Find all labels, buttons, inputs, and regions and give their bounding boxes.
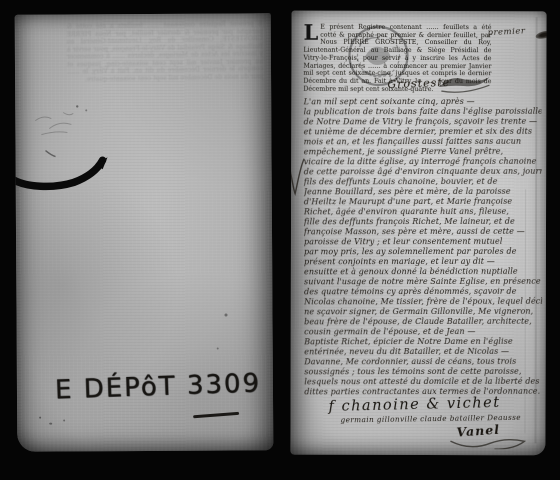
archival-reference-underline bbox=[193, 412, 239, 418]
archival-reference-inscription: E DÉPôT 3309 bbox=[54, 368, 265, 405]
handwriting-line: ne sçavoir signer, de Germain Gillonvill… bbox=[304, 307, 542, 318]
signature-chanoine-vichet: f chanoine & vichet bbox=[328, 395, 500, 415]
signature-swash bbox=[448, 429, 526, 449]
left-page: E présent Registre contenant …… feuillet… bbox=[15, 13, 274, 452]
handwriting-line: Richet, âgée d'environ quarante huit ans… bbox=[304, 207, 542, 218]
paraph-flourish bbox=[437, 73, 493, 95]
handwriting-line: empêchement, je soussigné Pierre Vanel p… bbox=[304, 147, 542, 158]
handwriting-line: de cette paroisse âgé d'environ cinquant… bbox=[304, 167, 542, 178]
handwriting-line: et unième de décembre dernier, premier e… bbox=[304, 127, 542, 138]
handwriting-line: suivant l'usage de notre mère Sainte Égl… bbox=[304, 277, 542, 288]
handwriting-line: vicaire de la ditte église, ay interrogé… bbox=[304, 157, 542, 168]
handwriting-line: beau frère de l'épouse, de Claude Batail… bbox=[304, 317, 542, 328]
handwriting-line: Jeanne Bouillard, ses père et mère, de l… bbox=[304, 187, 542, 198]
handwriting-line: soussignés ; tous les témoins sont de ce… bbox=[304, 367, 542, 378]
handwriting-line: fille des deffunts françois Richet, Me l… bbox=[304, 217, 542, 228]
right-page: LE présent Registre contenant …… feuille… bbox=[290, 11, 546, 456]
drop-cap: L bbox=[304, 24, 321, 41]
handwriting-line: de Notre Dame de Vitry le françois, sçav… bbox=[304, 117, 542, 128]
handwriting-line: entérinée, neveu du dit Batailler, et de… bbox=[304, 347, 542, 358]
handwriting-line: d'Heiltz le Maurupt d'une part, et Marie… bbox=[304, 197, 542, 208]
archival-book-scan: E présent Registre contenant …… feuillet… bbox=[0, 0, 560, 480]
pencil-marks bbox=[29, 90, 99, 138]
handwriting-line: par moy pris, les ay solemnellement par … bbox=[304, 247, 542, 258]
handwriting-line: Nicolas chanoine, Me tissier, frère de l… bbox=[304, 297, 542, 308]
handwriting-line: cousin germain de l'épouse, et de Jean — bbox=[304, 327, 542, 338]
ink-speck bbox=[39, 417, 41, 419]
handwriting-line: la publication de trois bans faite dans … bbox=[304, 107, 542, 118]
handwriting-line: paroisse de Vitry ; et leur consentement… bbox=[304, 237, 542, 248]
handwriting-line: Davanne, Me cordonnier, aussi de céans, … bbox=[304, 357, 542, 368]
folio-annotation: premier bbox=[487, 26, 525, 38]
handwriting-line: des quatre témoins cy après dénommés, sç… bbox=[304, 287, 542, 298]
marriage-act-handwriting: L'an mil sept cent soixante cinq, après … bbox=[304, 97, 543, 398]
handwriting-line: Baptiste Richet, épicier de Notre Dame e… bbox=[304, 337, 542, 348]
handwriting-line: mois et an, et les fiançailles aussi fai… bbox=[304, 137, 542, 148]
handwriting-line: lesquels nous ont attesté du domicile et… bbox=[304, 377, 542, 388]
handwriting-line: dittes parties contractantes aux termes … bbox=[304, 387, 542, 398]
handwriting-line: présent conjoints en mariage, et leur ay… bbox=[304, 257, 542, 268]
handwriting-line: L'an mil sept cent soixante cinq, après … bbox=[304, 97, 542, 108]
ink-speck bbox=[217, 348, 219, 350]
witness-signatures: germain gillonville claude batailler Dea… bbox=[340, 413, 530, 425]
ink-speck bbox=[63, 419, 65, 421]
ink-speck bbox=[49, 423, 52, 425]
handwriting-line: ensuitte et à genoux donné la bénédictio… bbox=[304, 267, 542, 278]
handwriting-line: fils des deffunts Louis chanoine, bouvie… bbox=[304, 177, 542, 188]
ink-stroke bbox=[15, 148, 112, 195]
handwriting-line: françoise Masson, ses père et mère, auss… bbox=[304, 227, 542, 238]
ink-speck bbox=[224, 313, 227, 316]
